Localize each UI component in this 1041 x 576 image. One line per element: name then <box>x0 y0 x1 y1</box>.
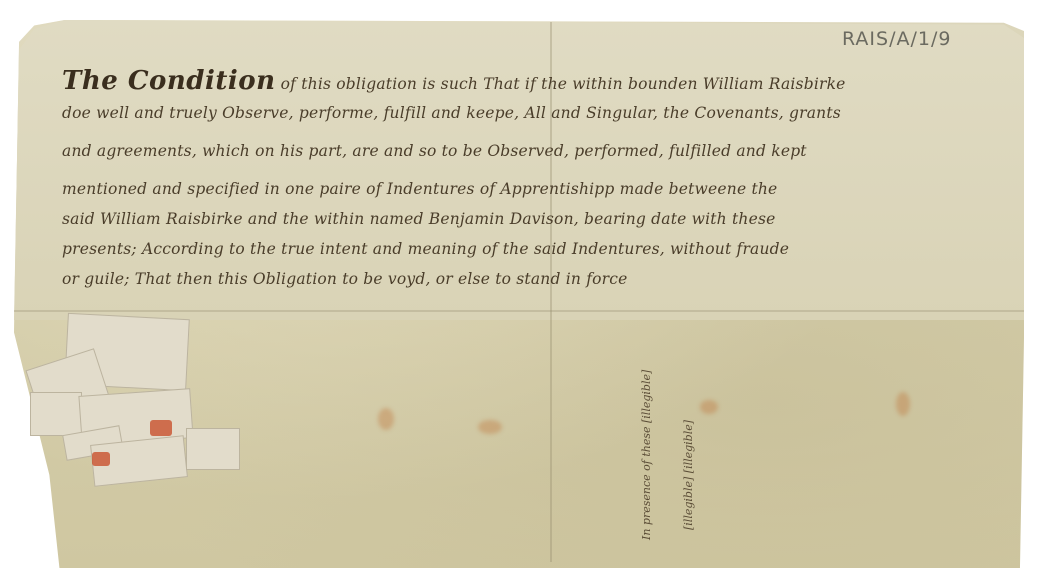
red-wax-remnant <box>150 420 172 436</box>
text-line-1-body: of this obligation is such That if the w… <box>281 75 846 93</box>
text-line-7: or guile; That then this Obligation to b… <box>62 270 628 288</box>
horizontal-fold-line <box>14 310 1024 312</box>
endorsement-line-2: [illegible] [illegible] <box>682 420 695 530</box>
opening-display-words: The Condition <box>62 66 275 96</box>
text-line-4: mentioned and specified in one paire of … <box>62 180 777 198</box>
text-line-6: presents; According to the true intent a… <box>62 240 789 258</box>
stain <box>896 392 910 416</box>
text-line-3: and agreements, which on his part, are a… <box>62 142 807 160</box>
archive-reference: RAIS/A/1/9 <box>842 28 951 50</box>
stain <box>478 420 502 434</box>
text-line-5: said William Raisbirke and the within na… <box>62 210 776 228</box>
seal-tab <box>30 392 82 436</box>
red-wax-remnant <box>92 452 110 466</box>
vertical-fold-line <box>550 22 552 562</box>
text-line-1: The Condition of this obligation is such… <box>62 66 846 96</box>
stain <box>378 408 394 430</box>
text-line-2: doe well and truely Observe, performe, f… <box>62 104 841 122</box>
seal-tab <box>186 428 240 470</box>
stain <box>700 400 718 414</box>
endorsement-line-1: In presence of these [illegible] <box>640 370 653 540</box>
